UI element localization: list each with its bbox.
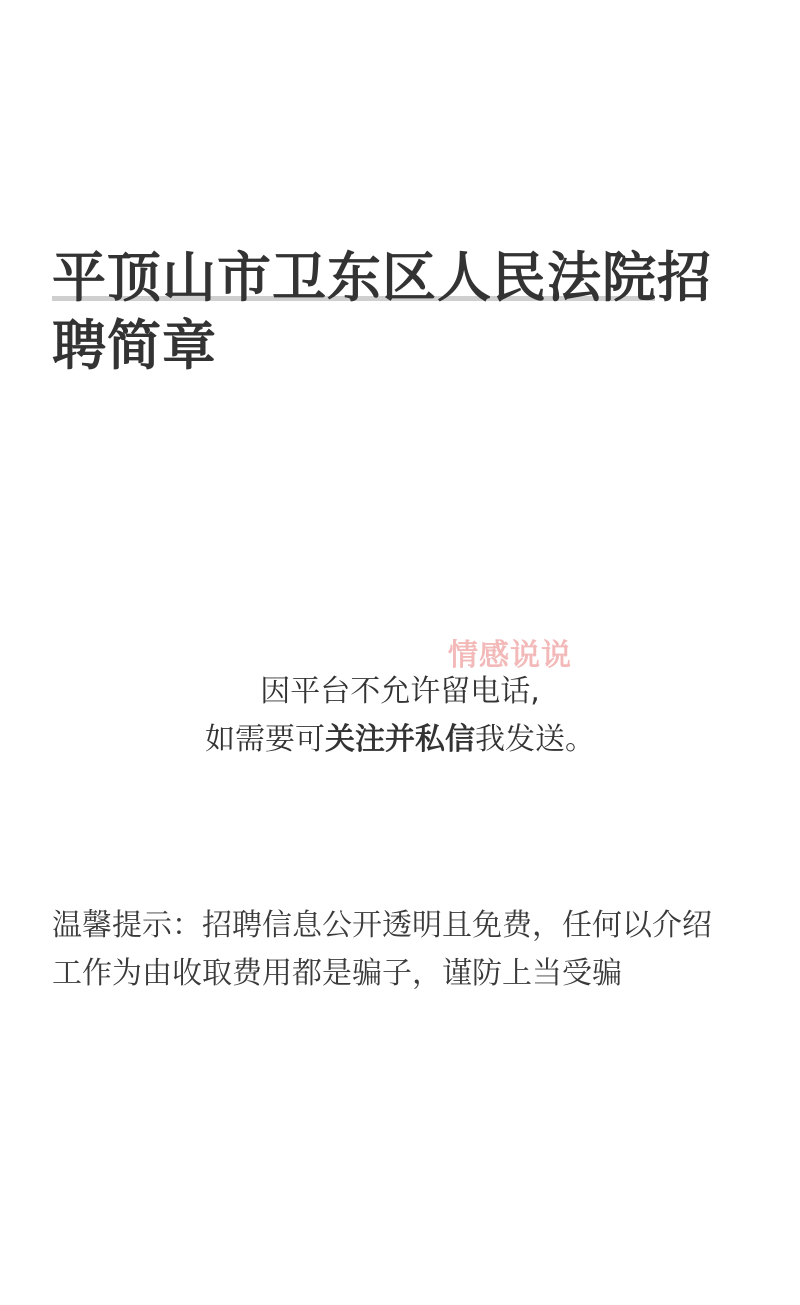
page-title: 平顶山市卫东区人民法院招聘简章	[52, 244, 742, 380]
notice-suffix: 我发送。	[475, 722, 595, 757]
notice-line-2: 如需要可关注并私信我发送。	[0, 716, 800, 764]
warning-tip: 温馨提示：招聘信息公开透明且免费，任何以介绍工作为由收取费用都是骗子，谨防上当受…	[52, 902, 732, 998]
notice-bold-action: 关注并私信	[325, 722, 475, 757]
notice-line-1: 因平台不允许留电话,	[0, 668, 800, 716]
notice-prefix: 如需要可	[205, 722, 325, 757]
